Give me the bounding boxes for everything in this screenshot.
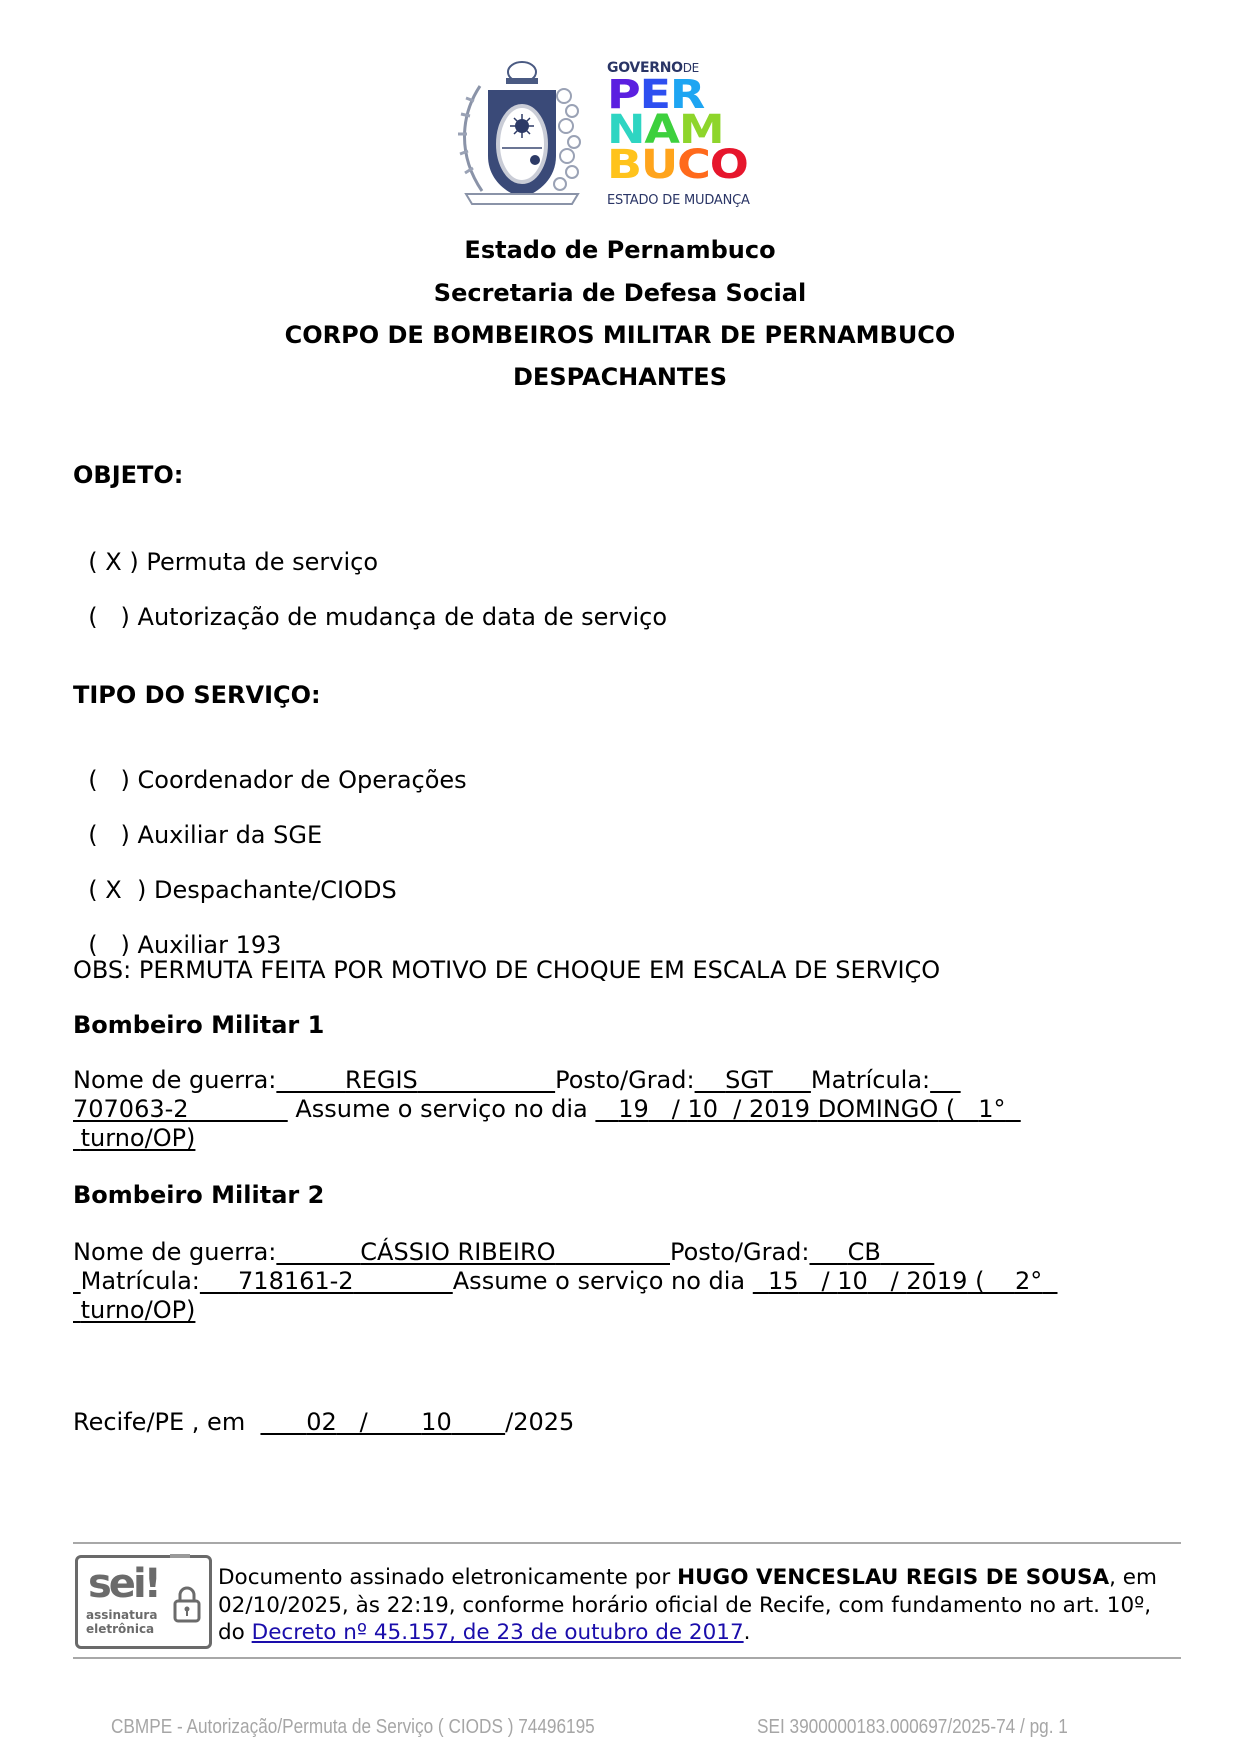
footer-document-title: CBMPE - Autorização/Permuta de Serviço (… (111, 1716, 595, 1739)
coat-of-arms-icon (452, 56, 592, 208)
bombeiro-2-nome-field[interactable]: CÁSSIO RIBEIRO (276, 1238, 670, 1266)
tipo-option-auxiliar-193[interactable]: ( ) Auxiliar 193 (73, 900, 281, 960)
brand-letter: O (710, 142, 748, 188)
header-department: DESPACHANTES (0, 362, 1240, 392)
signature-text: Documento assinado eletronicamente por H… (218, 1564, 1178, 1647)
brand-letter: U (641, 142, 677, 188)
footer-process-number: SEI 3900000183.000697/2025-74 / pg. 1 (757, 1716, 1068, 1739)
sei-logo-text: sei! (88, 1562, 159, 1606)
bombeiro-1-posto-field[interactable]: SGT (695, 1066, 811, 1094)
bombeiro-2-heading: Bombeiro Militar 2 (73, 1180, 324, 1210)
bombeiro-2-turno: turno/OP) (73, 1296, 195, 1324)
header-secretariat: Secretaria de Defesa Social (0, 278, 1240, 308)
brand-slogan: ESTADO DE MUDANÇA (607, 193, 750, 208)
bombeiro-2-matricula-field[interactable]: 718161-2 (200, 1267, 453, 1295)
government-logo: GOVERNODE PER NAM BUCO ESTADO DE MUDANÇA (452, 56, 797, 211)
objeto-option-permuta[interactable]: ( X ) Permuta de serviço (73, 517, 378, 577)
objeto-heading: OBJETO: (73, 460, 183, 490)
bombeiro-1-details: Nome de guerra: REGIS Posto/Grad: SGT Ma… (73, 1066, 1153, 1153)
tipo-option-auxiliar-sge[interactable]: ( ) Auxiliar da SGE (73, 790, 322, 850)
decree-link[interactable]: Decreto nº 45.157, de 23 de outubro de 2… (252, 1620, 744, 1645)
lock-icon (173, 1584, 201, 1624)
bombeiro-1-matricula-field[interactable]: 707063-2 (73, 1095, 288, 1123)
bombeiro-1-heading: Bombeiro Militar 1 (73, 1010, 324, 1040)
bombeiro-2-posto-field[interactable]: CB (809, 1238, 934, 1266)
bombeiro-2-data-field[interactable]: 15 / 10 / 2019 ( 2° (753, 1267, 1058, 1295)
bombeiro-1-turno: turno/OP) (73, 1124, 195, 1152)
signature-top-divider (73, 1542, 1181, 1544)
local-data-line: Recife/PE , em 02 / 10 /2025 (73, 1407, 574, 1437)
obs-text: OBS: PERMUTA FEITA POR MOTIVO DE CHOQUE … (73, 955, 940, 985)
tipo-option-despachante[interactable]: ( X ) Despachante/CIODS (73, 845, 397, 905)
brand-wordmark: GOVERNODE PER NAM BUCO ESTADO DE MUDANÇA (607, 60, 797, 210)
option-label: Autorização de mudança de data de serviç… (138, 603, 668, 631)
tipo-servico-heading: TIPO DO SERVIÇO: (73, 680, 321, 710)
local-data-field[interactable]: 02 / 10 (260, 1408, 505, 1436)
header-organization: CORPO DE BOMBEIROS MILITAR DE PERNAMBUCO (0, 320, 1240, 350)
signer-name: HUGO VENCESLAU REGIS DE SOUSA (677, 1565, 1109, 1590)
objeto-option-autorizacao[interactable]: ( ) Autorização de mudança de data de se… (73, 572, 667, 632)
sei-signature-seal: sei! assinatura eletrônica (75, 1555, 212, 1649)
brand-row-buco: BUCO (607, 148, 748, 182)
bombeiro-1-data-field[interactable]: 19 / 10 / 2019 DOMINGO ( 1° (595, 1095, 1020, 1123)
header-state: Estado de Pernambuco (0, 235, 1240, 265)
signature-bottom-divider (73, 1657, 1181, 1659)
sei-seal-caption: assinatura eletrônica (86, 1608, 157, 1636)
brand-letter: B (607, 142, 641, 188)
tipo-option-coordenador[interactable]: ( ) Coordenador de Operações (73, 735, 467, 795)
brand-letter: C (677, 142, 710, 188)
bombeiro-1-nome-field[interactable]: REGIS (276, 1066, 555, 1094)
bombeiro-2-details: Nome de guerra: CÁSSIO RIBEIRO Posto/Gra… (73, 1238, 1153, 1325)
checkbox-mark: ( ) (88, 603, 130, 631)
